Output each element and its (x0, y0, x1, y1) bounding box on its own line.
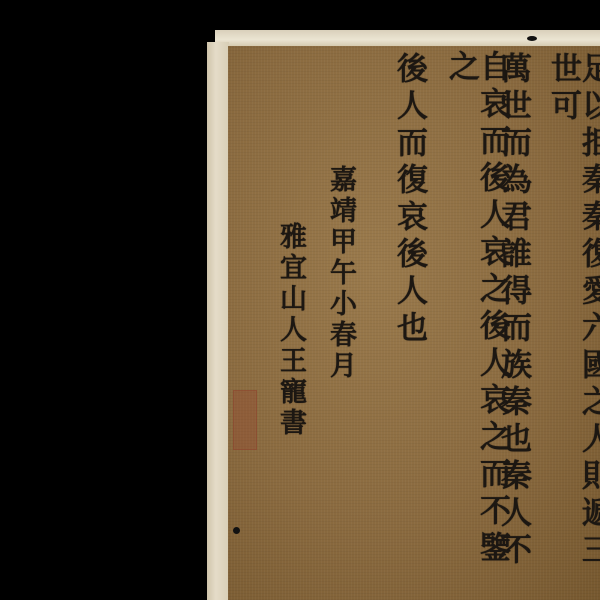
calligraphy-column-4: 後人而復哀後人也 (393, 52, 424, 348)
worm-hole (233, 527, 240, 534)
paper-mount-top-edge (215, 30, 600, 46)
colophon-signature: 雅宜山人王寵書 (277, 222, 304, 439)
paper-mount-left-edge (207, 42, 229, 600)
calligraphy-column-3: 自哀而後人哀之後人哀之而不鑒之 (445, 50, 507, 600)
edge-tear (527, 36, 537, 41)
red-seal (233, 390, 257, 450)
colophon-date: 嘉靖甲午小春月 (327, 165, 354, 382)
calligraphy-column-1: 足以拒秦秦復愛六國之人則遞三世可 (547, 52, 600, 600)
